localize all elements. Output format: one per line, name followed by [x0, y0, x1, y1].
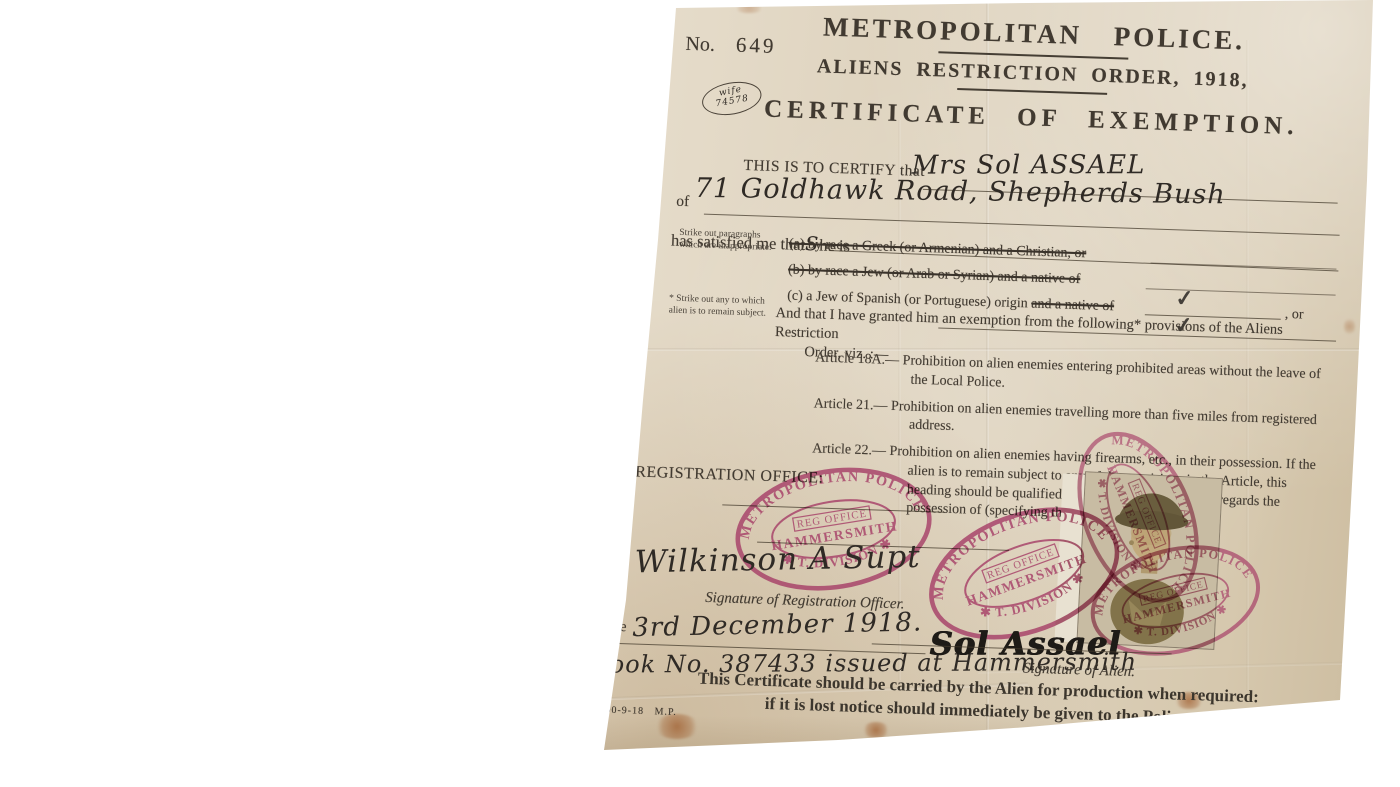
header-rule — [938, 51, 1128, 59]
form-number: 800-9-18 M.P. — [599, 704, 677, 718]
date-label: Date — [598, 618, 627, 636]
rust-stain — [646, 96, 663, 123]
clause-a: (a) by race a Greek (or Armenian) and a … — [789, 236, 1087, 262]
header-rule — [957, 88, 1107, 95]
article-21-label: Article 21.— — [813, 396, 887, 413]
fill-in-rule — [1151, 262, 1337, 269]
clause-b: (b) by race a Jew (or Arab or Syrian) an… — [788, 262, 1081, 288]
margin-note-strike-paragraphs: Strike out paragraphs which are inapprop… — [679, 227, 780, 255]
rust-stain — [641, 162, 652, 175]
date-handwritten: 3rd December 1918. — [632, 608, 922, 644]
address-handwritten: 71 Goldhawk Road, Shepherds Bush — [695, 173, 1226, 210]
margin-note-strike-any: * Strike out any to which alien is to re… — [668, 293, 769, 321]
document-header: METROPOLITAN POLICE. ALIENS RESTRICTION … — [707, 8, 1358, 143]
scan-background: No. 649 wife 74578 METROPOLITAN POLICE. … — [0, 0, 1400, 787]
article-18a-label: Article 18A.— — [815, 350, 899, 368]
clause-c-struck: and a native of — [1031, 297, 1114, 315]
ink-checkmark: ✓ — [1174, 285, 1194, 312]
certificate-title: CERTIFICATE OF EXEMPTION. — [707, 94, 1356, 143]
org-title: METROPOLITAN POLICE. — [710, 8, 1359, 60]
certificate-content: No. 649 wife 74578 METROPOLITAN POLICE. … — [574, 0, 1379, 783]
article-22-label: Article 22.— — [812, 441, 886, 458]
of-label: of — [676, 193, 690, 211]
officer-signature-handwritten: J Wilkinson A Supt — [610, 539, 921, 581]
certificate-document: No. 649 wife 74578 METROPOLITAN POLICE. … — [598, 0, 1386, 762]
alien-signature-handwritten: Sol Assael — [930, 624, 1122, 662]
rust-stain — [1014, 732, 1032, 741]
